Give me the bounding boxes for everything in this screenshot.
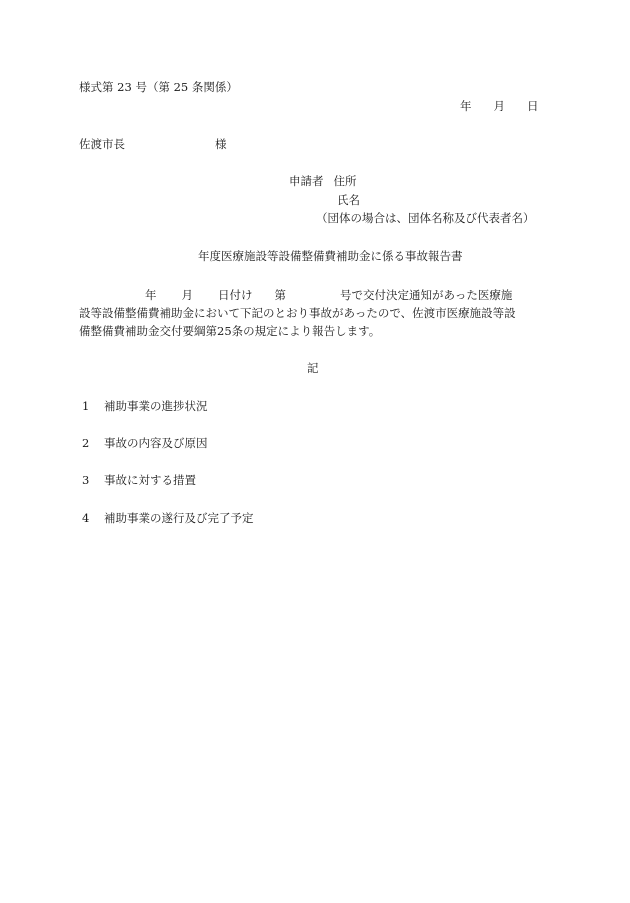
item-label: 事故の内容及び原因	[104, 436, 208, 450]
date-year-label: 年	[460, 99, 472, 113]
item-number: 3	[82, 473, 104, 487]
body-number-prefix: 第	[275, 288, 287, 302]
item-number: 4	[82, 511, 104, 525]
item-number: 2	[82, 436, 104, 450]
addressee-honorific: 様	[215, 137, 227, 151]
list-item: 3事故に対する措置	[82, 473, 196, 487]
document-page: 様式第 23 号（第 25 条関係） 年月日 佐渡市長様 申請者住所 氏名 （団…	[0, 0, 630, 903]
body-month-label: 月	[182, 288, 194, 302]
form-number: 様式第 23 号（第 25 条関係）	[79, 80, 238, 94]
date-line: 年月日	[460, 99, 539, 113]
body-paragraph: 年月日付け第号で交付決定通知があった医療施 設等設備整備費補助金において下記のと…	[79, 286, 549, 340]
group-note: （団体の場合は、団体名称及び代表者名）	[316, 211, 535, 225]
list-item: 4補助事業の遂行及び完了予定	[82, 511, 254, 525]
item-number: 1	[82, 399, 104, 413]
document-title: 年度医療施設等設備整備費補助金に係る事故報告書	[198, 249, 463, 263]
addressee-name: 佐渡市長	[79, 137, 125, 151]
item-label: 事故に対する措置	[104, 473, 196, 487]
body-line-1: 年月日付け第号で交付決定通知があった医療施	[79, 286, 549, 304]
date-day-label: 日	[527, 99, 539, 113]
body-dated-label: 日付け	[218, 288, 253, 302]
body-line-3: 備整備費補助金交付要綱第25条の規定により報告します。	[79, 322, 549, 340]
date-month-label: 月	[494, 99, 506, 113]
applicant-address-row: 申請者住所	[289, 174, 357, 188]
list-item: 1補助事業の進捗状況	[82, 399, 208, 413]
applicant-name-label: 氏名	[337, 193, 360, 207]
ki-heading: 記	[307, 361, 319, 375]
item-label: 補助事業の遂行及び完了予定	[104, 511, 254, 525]
list-item: 2事故の内容及び原因	[82, 436, 208, 450]
applicant-label: 申請者	[289, 174, 324, 188]
body-year-label: 年	[145, 288, 157, 302]
body-line-1-rest: 号で交付決定通知があった医療施	[340, 288, 512, 302]
body-line-2: 設等設備整備費補助金において下記のとおり事故があったので、佐渡市医療施設等設	[79, 304, 549, 322]
addressee: 佐渡市長様	[79, 137, 227, 151]
item-label: 補助事業の進捗状況	[104, 399, 208, 413]
address-label: 住所	[334, 174, 357, 188]
